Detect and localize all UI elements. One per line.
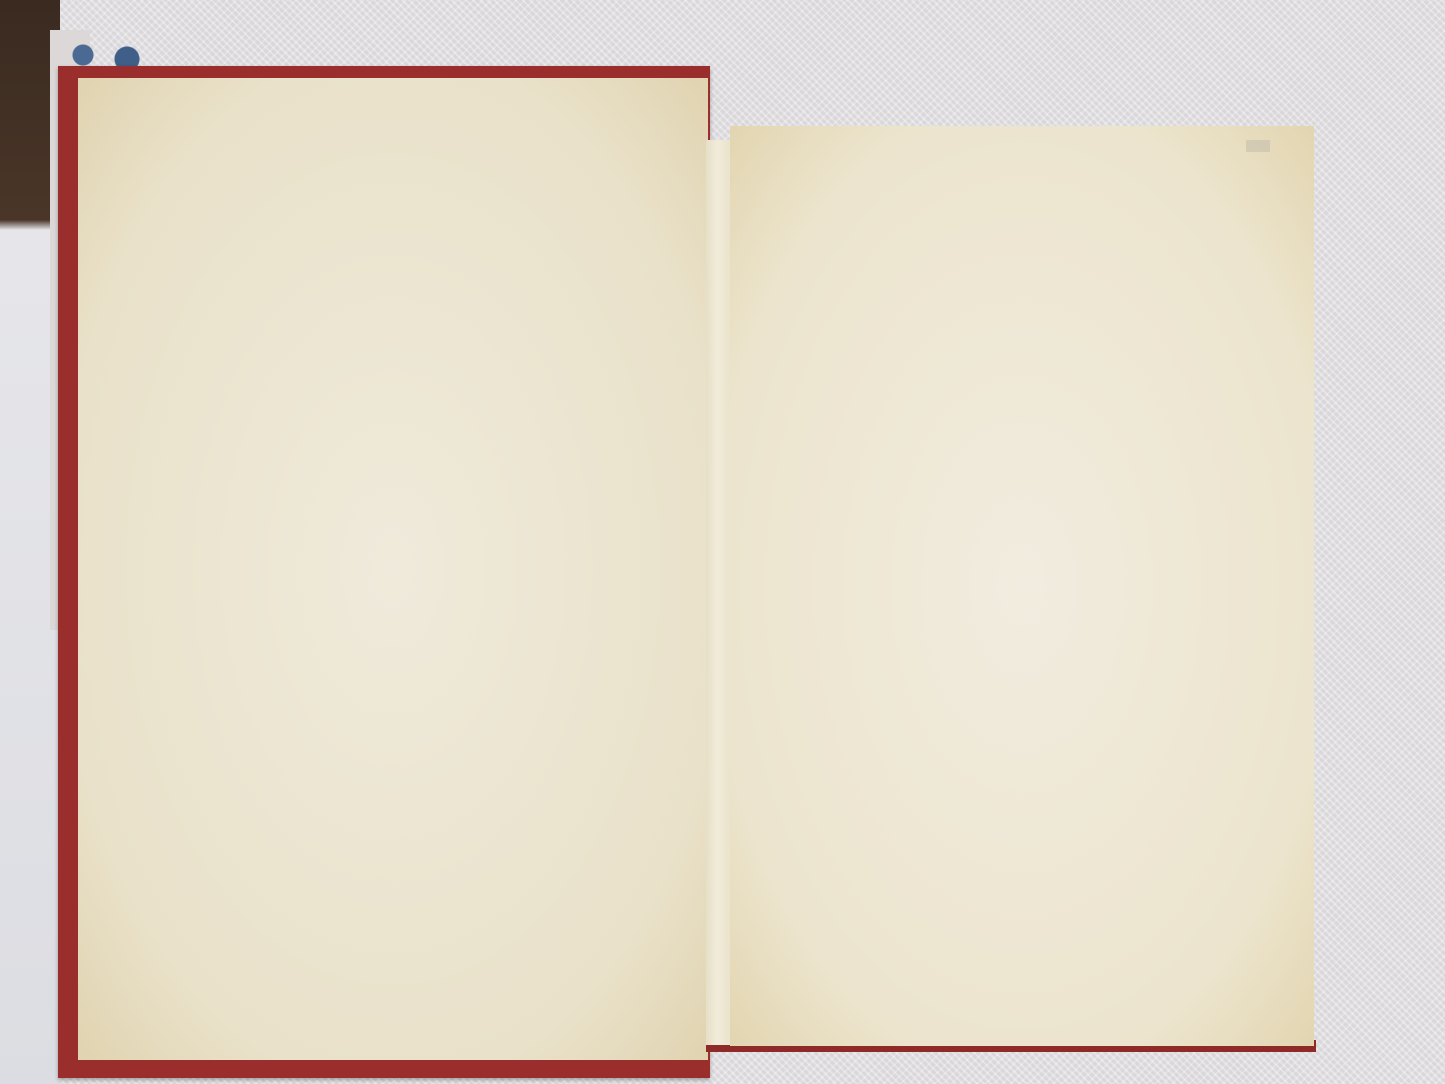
left-page — [78, 78, 708, 1060]
right-page — [730, 126, 1314, 1046]
pencil-mark — [1246, 140, 1270, 152]
